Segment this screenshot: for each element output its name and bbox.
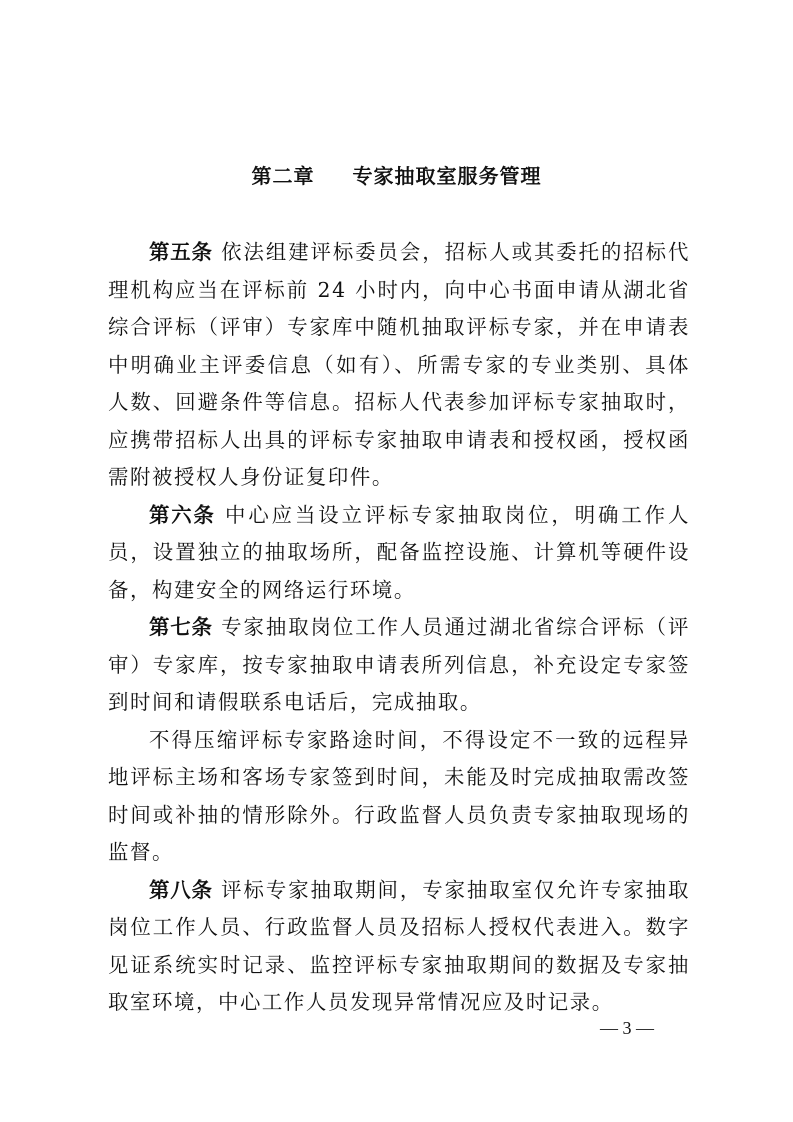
article-6: 第六条 中心应当设立评标专家抽取岗位，明确工作人员，设置独立的抽取场所，配备监控… <box>108 497 690 610</box>
article-label: 第六条 <box>149 503 216 527</box>
page-number: — 3 — <box>600 1018 654 1039</box>
article-7-continued: 不得压缩评标专家路途时间，不得设定不一致的远程异地评标主场和客场专家签到时间，未… <box>108 722 690 872</box>
article-5: 第五条 依法组建评标委员会，招标人或其委托的招标代理机构应当在评标前 24 小时… <box>108 234 690 497</box>
article-label: 第八条 <box>149 878 213 902</box>
chapter-title: 第二章专家抽取室服务管理 <box>0 160 793 189</box>
article-label: 第五条 <box>149 240 213 264</box>
document-body: 第五条 依法组建评标委员会，招标人或其委托的招标代理机构应当在评标前 24 小时… <box>108 234 690 1022</box>
article-7: 第七条 专家抽取岗位工作人员通过湖北省综合评标（评审）专家库，按专家抽取申请表所… <box>108 609 690 722</box>
article-label: 第七条 <box>149 615 213 639</box>
article-8: 第八条 评标专家抽取期间，专家抽取室仅允许专家抽取岗位工作人员、行政监督人员及招… <box>108 872 690 1022</box>
chapter-name: 专家抽取室服务管理 <box>353 164 542 188</box>
article-text: 不得压缩评标专家路途时间，不得设定不一致的远程异地评标主场和客场专家签到时间，未… <box>108 728 690 865</box>
chapter-number: 第二章 <box>252 164 315 188</box>
article-text: 依法组建评标委员会，招标人或其委托的招标代理机构应当在评标前 24 小时内，向中… <box>108 240 690 489</box>
